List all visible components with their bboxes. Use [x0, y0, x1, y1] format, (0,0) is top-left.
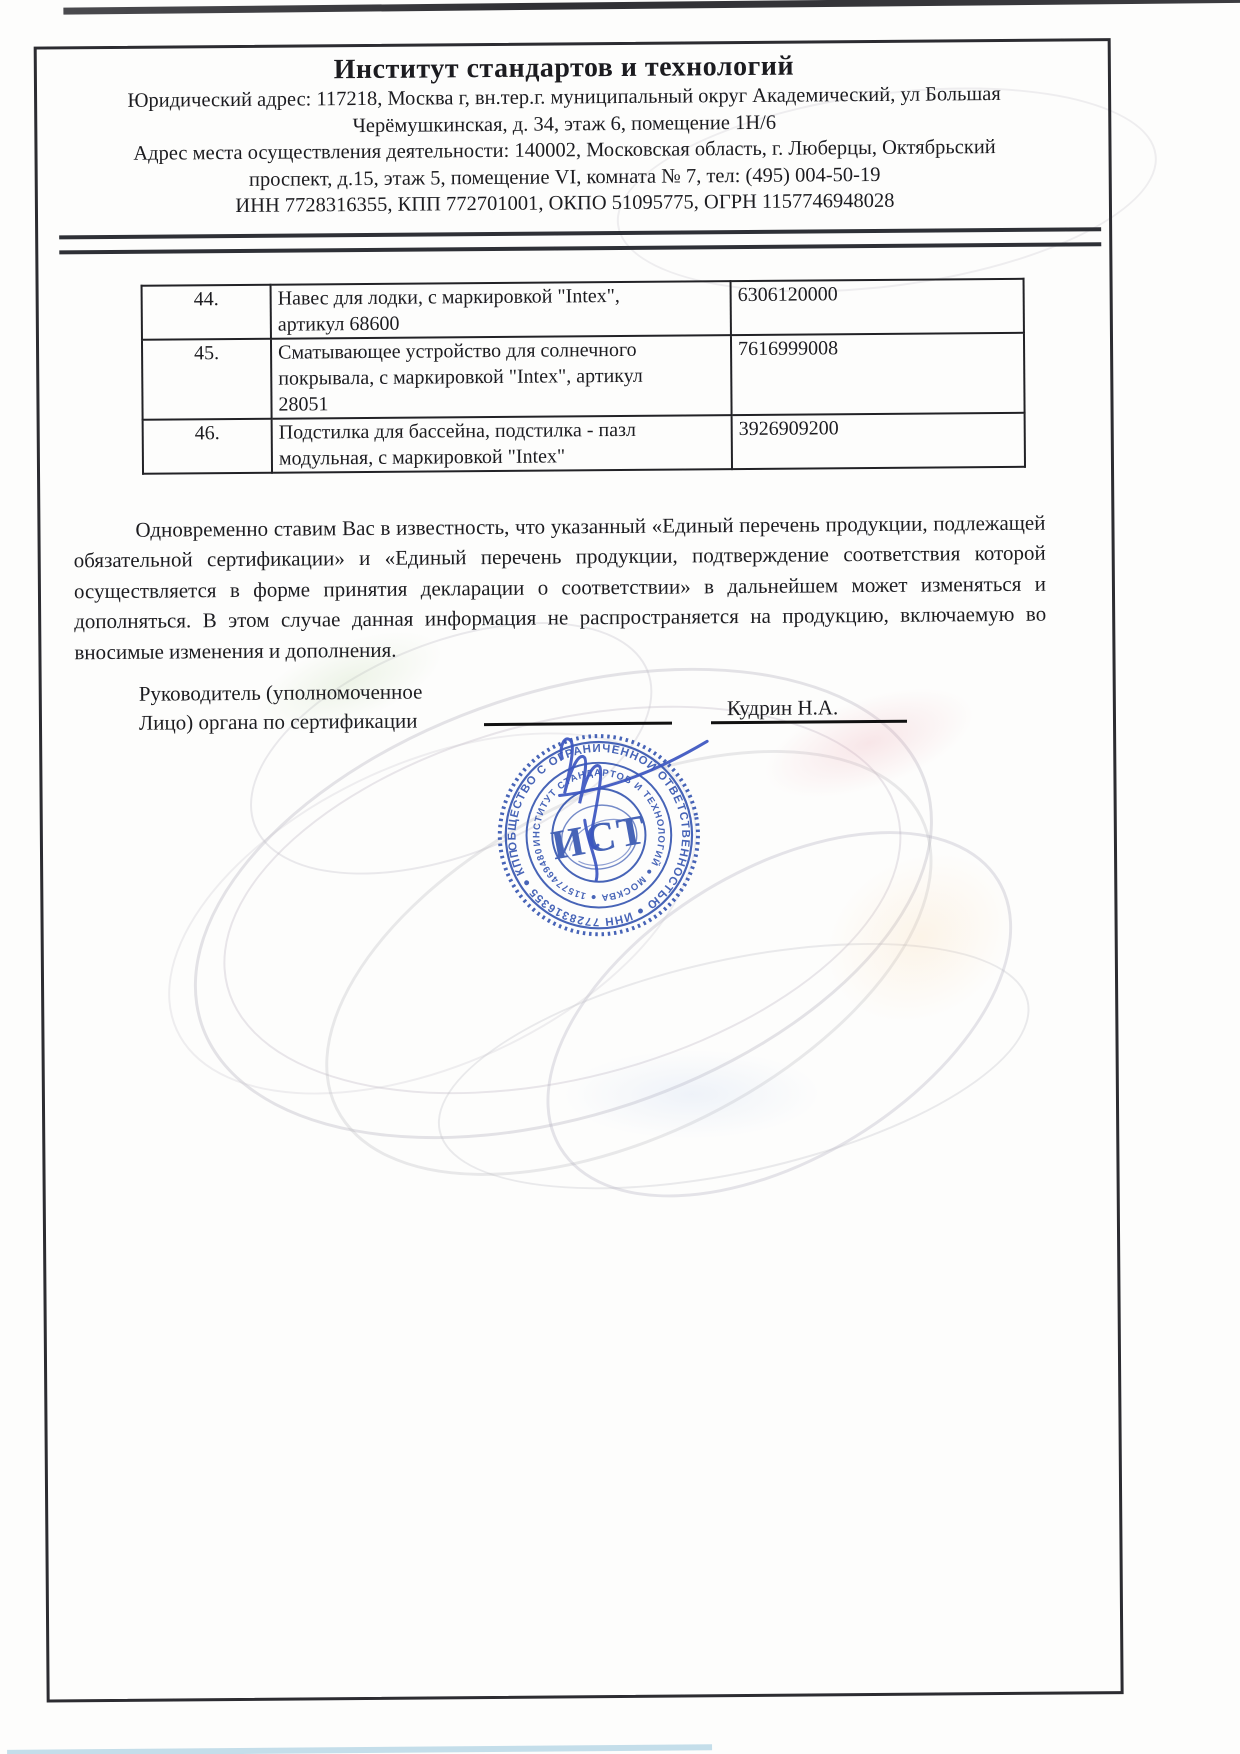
description-line: Навес для лодки, с маркировкой "Intex",	[278, 282, 724, 312]
product-code: 3926909200	[732, 413, 1025, 469]
product-description: Подстилка для бассейна, подстилка - пазл…	[272, 415, 732, 473]
description-line: артикул 68600	[278, 308, 724, 338]
role-line: Руководитель (уполномоченное	[139, 677, 479, 709]
description-line: модульная, с маркировкой "Intex"	[279, 442, 725, 472]
description-line: Сматывающее устройство для солнечного	[278, 336, 724, 366]
letterhead: Институт стандартов и технологий Юридиче…	[64, 48, 1065, 221]
scanned-certificate-page: Институт стандартов и технологий Юридиче…	[0, 0, 1240, 1754]
description-line: покрывала, с маркировкой "Intex", артику…	[278, 362, 724, 392]
scan-edge-artifact	[7, 1744, 712, 1754]
table-row: 45. Сматывающее устройство для солнечног…	[142, 333, 1025, 420]
signatory-role: Руководитель (уполномоченное Лицо) орган…	[139, 677, 479, 738]
product-description: Навес для лодки, с маркировкой "Intex", …	[271, 281, 731, 339]
description-line: 28051	[278, 388, 724, 418]
product-table: 44. Навес для лодки, с маркировкой "Inte…	[141, 278, 1026, 475]
handwritten-signature	[519, 724, 740, 896]
description-line: Подстилка для бассейна, подстилка - пазл	[279, 416, 725, 446]
product-code: 6306120000	[731, 279, 1024, 335]
table-row: 46. Подстилка для бассейна, подстилка - …	[143, 413, 1025, 474]
product-description: Сматывающее устройство для солнечного по…	[271, 335, 732, 419]
notice-paragraph: Одновременно ставим Вас в известность, ч…	[73, 508, 1046, 668]
row-number: 46.	[143, 419, 272, 474]
scan-edge-artifact	[63, 0, 1240, 15]
product-code: 7616999008	[731, 333, 1025, 415]
row-number: 44.	[142, 285, 271, 340]
table-row: 44. Навес для лодки, с маркировкой "Inte…	[142, 279, 1024, 340]
row-number: 45.	[142, 339, 272, 420]
signatory-name: Кудрин Н.А.	[727, 695, 839, 721]
role-line: Лицо) органа по сертификации	[139, 706, 479, 738]
